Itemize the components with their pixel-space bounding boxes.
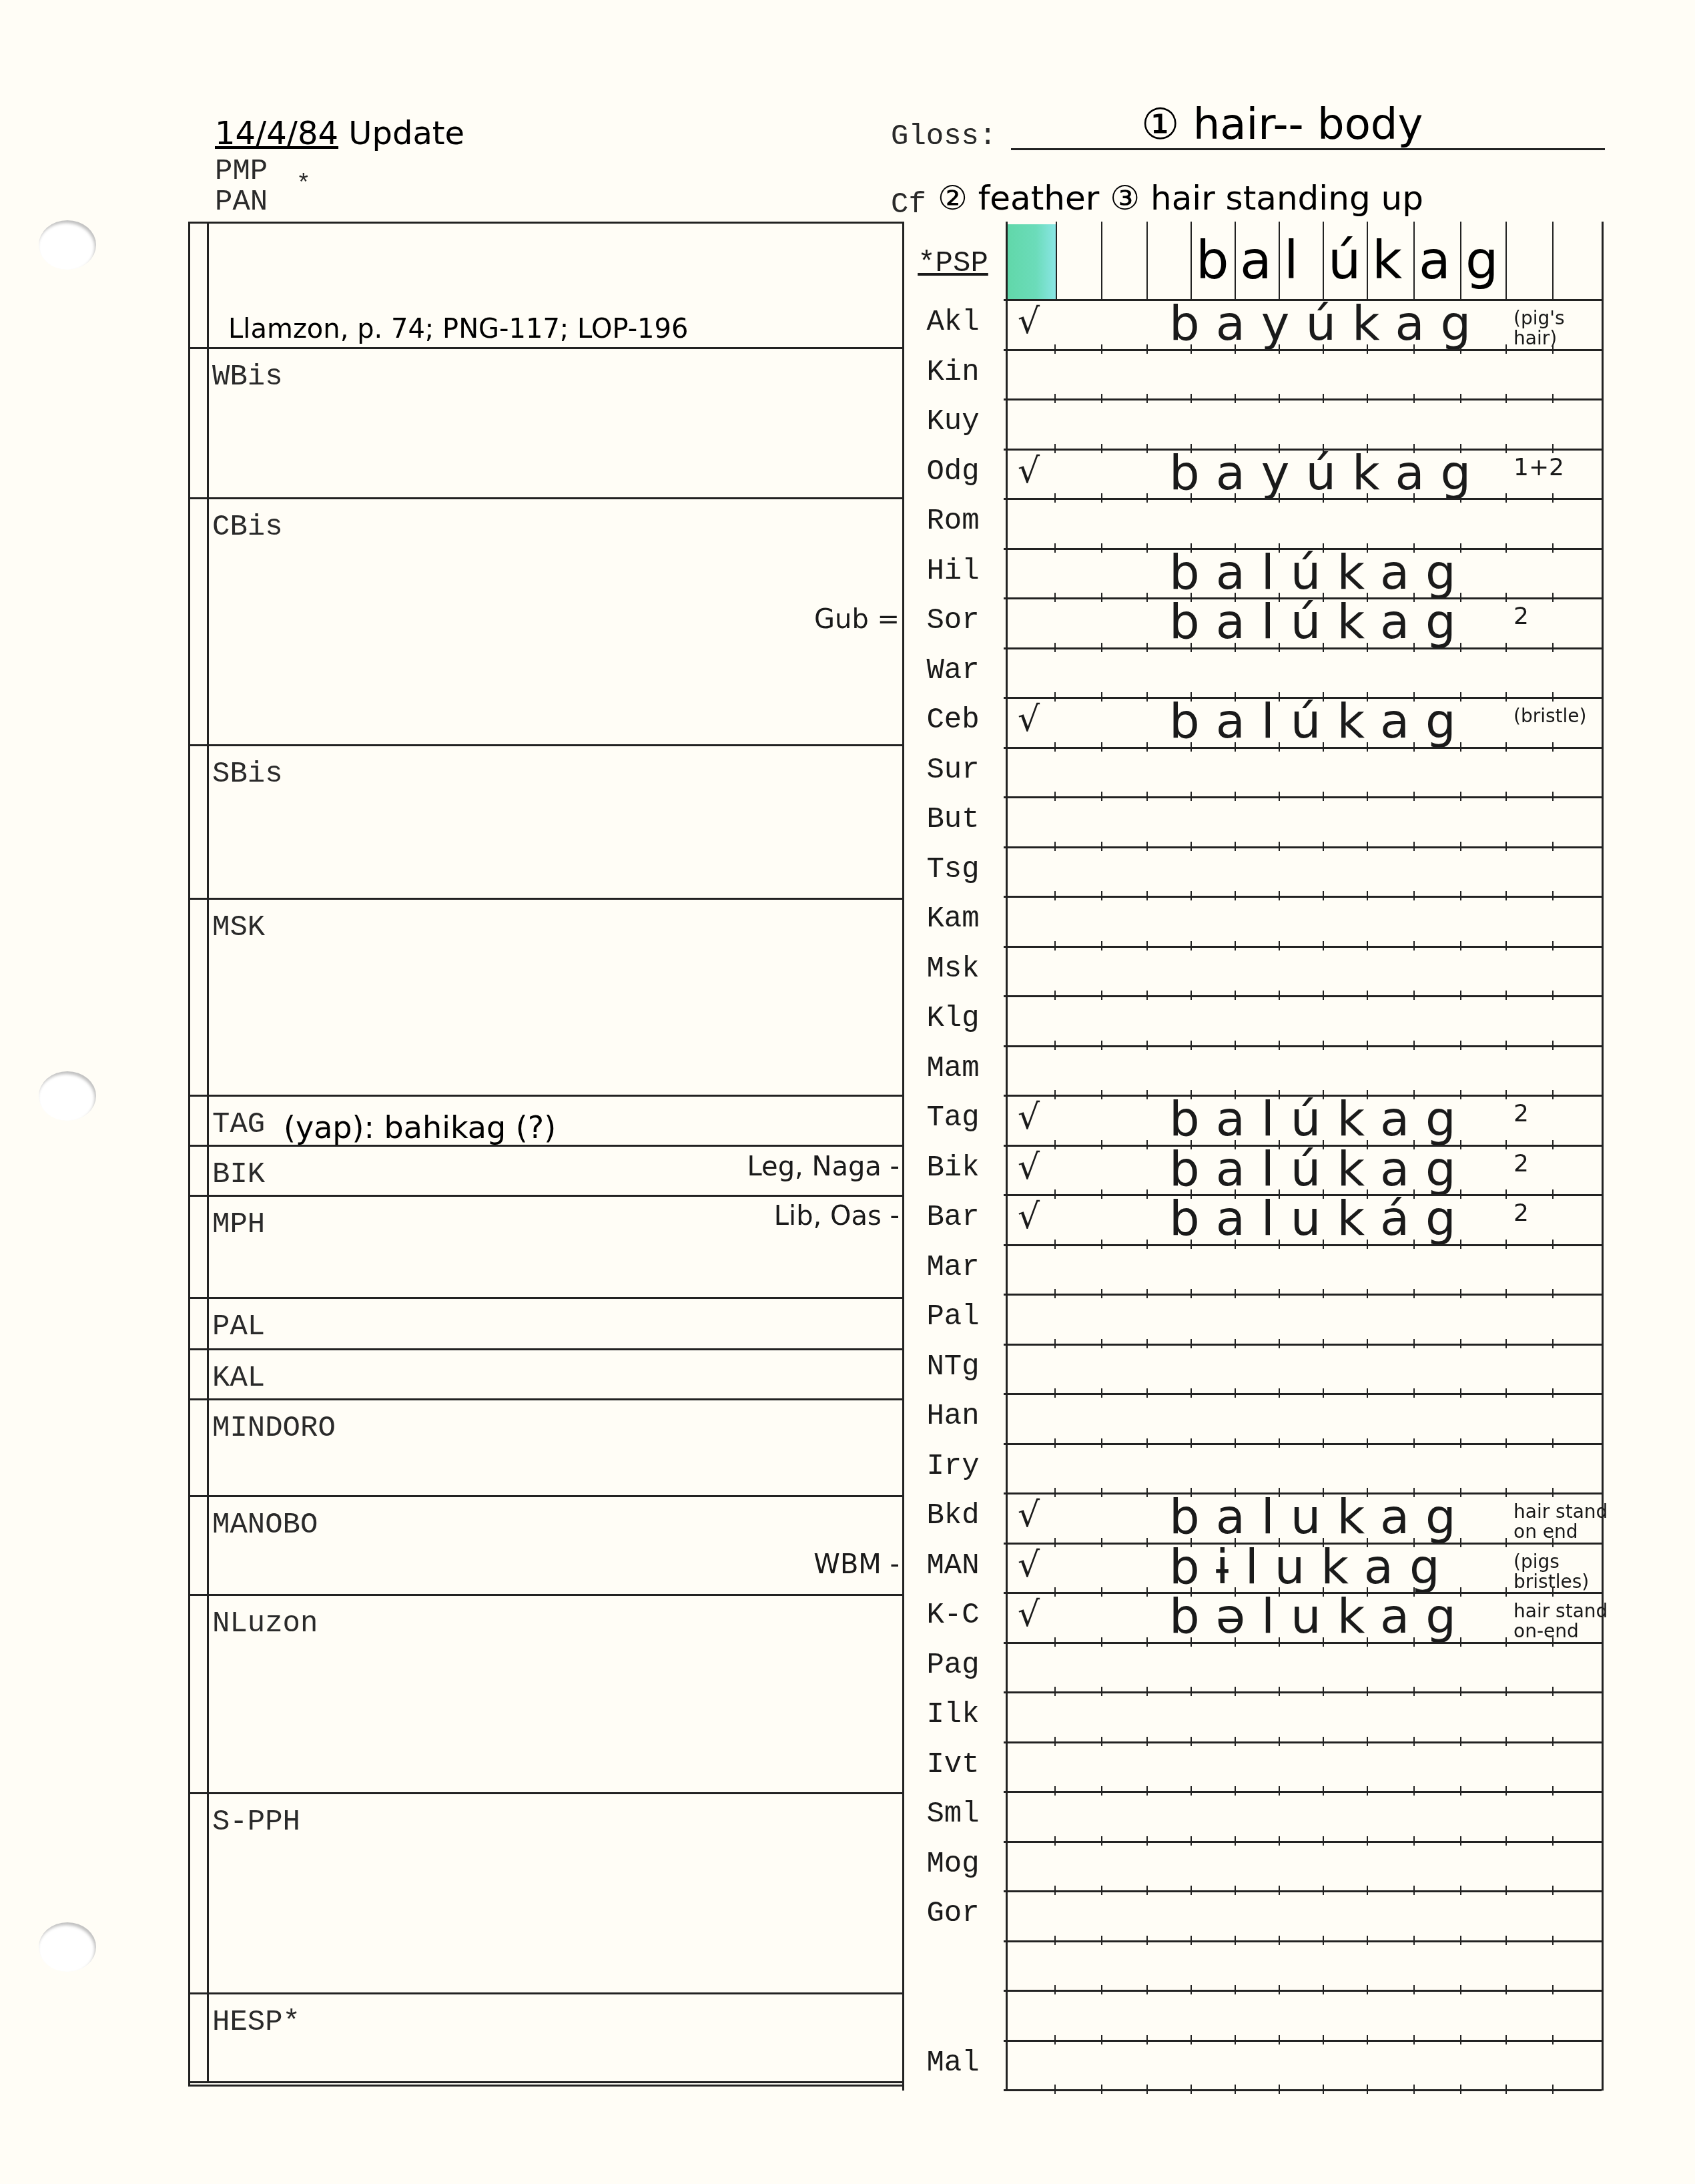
row-tick <box>1413 792 1415 801</box>
row-tick <box>1054 891 1056 900</box>
row-tick <box>1367 394 1368 403</box>
row-tick <box>1323 941 1324 950</box>
row-rule <box>1004 1791 1602 1793</box>
row-tick <box>1505 1189 1507 1199</box>
row-tick <box>1552 1488 1554 1497</box>
row-rule <box>1004 1244 1602 1246</box>
row-tick <box>1460 792 1461 801</box>
group-label: KAL <box>212 1362 265 1395</box>
row-tick <box>1146 1488 1148 1497</box>
row-tick <box>1279 1836 1280 1846</box>
row-tick <box>1323 1786 1324 1796</box>
reflex-form: balúkag <box>1169 693 1472 749</box>
row-rule <box>1004 946 1602 948</box>
row-tick <box>1505 1388 1507 1398</box>
row-tick <box>1552 891 1554 900</box>
row-tick <box>1505 742 1507 752</box>
row-tick <box>1054 1438 1056 1448</box>
row-tick <box>1279 1339 1280 1348</box>
row-tick <box>1505 1637 1507 1647</box>
reflex-form: bəlukag <box>1169 1588 1472 1644</box>
row-tick <box>1367 344 1368 354</box>
row-tick <box>1235 1041 1236 1050</box>
group-rule <box>188 2081 902 2083</box>
row-tick <box>1413 643 1415 652</box>
row-rule <box>1004 796 1602 798</box>
row-tick <box>1367 2035 1368 2044</box>
row-tick <box>1323 1936 1324 1945</box>
row-tick <box>1552 2035 1554 2044</box>
cf-value: ② feather ③ hair standing up <box>938 179 1423 218</box>
row-rule <box>1004 1990 1602 1992</box>
row-tick <box>1235 344 1236 354</box>
row-tick <box>1146 2035 1148 2044</box>
row-tick <box>1323 1388 1324 1398</box>
grid-divider <box>1505 222 1507 299</box>
row-tick <box>1279 1786 1280 1796</box>
row-tick <box>1235 2035 1236 2044</box>
row-tick <box>1279 1687 1280 1696</box>
row-tick <box>1146 1985 1148 1994</box>
row-tick <box>1323 493 1324 503</box>
row-tick <box>1146 1090 1148 1099</box>
row-tick <box>1505 792 1507 801</box>
row-tick <box>1054 1786 1056 1796</box>
row-tick <box>1191 991 1192 1000</box>
reconstruction-marker: * <box>296 171 311 198</box>
reflex-note: (bristle) <box>1513 706 1614 726</box>
row-tick <box>1054 593 1056 602</box>
row-tick <box>1460 891 1461 900</box>
row-tick <box>1235 1240 1236 1249</box>
row-tick <box>1279 792 1280 801</box>
row-tick <box>1367 1886 1368 1895</box>
check-mark: √ <box>1018 1147 1040 1187</box>
group-label: MPH <box>212 1208 265 1242</box>
proto-label: *PSP <box>905 247 1001 280</box>
row-tick <box>1054 1339 1056 1348</box>
language-code: Ceb <box>905 704 1001 737</box>
row-tick <box>1191 2085 1192 2094</box>
row-tick <box>1191 1438 1192 1448</box>
row-rule <box>1004 896 1602 898</box>
row-tick <box>1413 1041 1415 1050</box>
row-tick <box>1101 1985 1102 1994</box>
grid-divider <box>1602 222 1603 299</box>
row-tick <box>1323 2035 1324 2044</box>
row-tick <box>1413 941 1415 950</box>
row-tick <box>1101 1737 1102 1746</box>
row-tick <box>1235 1886 1236 1895</box>
row-tick <box>1505 692 1507 702</box>
row-tick <box>1054 692 1056 702</box>
row-tick <box>1146 593 1148 602</box>
group-rule <box>188 1195 902 1197</box>
highlight-mark <box>1006 224 1056 299</box>
gloss-label: Gloss: <box>891 120 996 154</box>
row-tick <box>1101 543 1102 553</box>
reflex-form: balukag <box>1169 1488 1472 1545</box>
row-tick <box>1101 1687 1102 1696</box>
row-tick <box>1054 1985 1056 1994</box>
row-tick <box>1054 1737 1056 1746</box>
row-tick <box>1505 2085 1507 2094</box>
group-rule <box>188 1297 902 1299</box>
row-tick <box>1146 1886 1148 1895</box>
row-rule <box>1004 1045 1602 1047</box>
language-code: Mog <box>905 1848 1001 1881</box>
row-tick <box>1101 1886 1102 1895</box>
row-tick <box>1413 742 1415 752</box>
row-tick <box>1146 1936 1148 1945</box>
language-code: Sor <box>905 604 1001 637</box>
row-tick <box>1054 1388 1056 1398</box>
proto-letter: a <box>1419 231 1451 291</box>
row-tick <box>1279 1289 1280 1298</box>
row-tick <box>1552 1737 1554 1746</box>
row-tick <box>1367 1041 1368 1050</box>
reflex-form: bayúkag <box>1169 445 1487 501</box>
row-rule <box>1004 1393 1602 1395</box>
update-note: 14/4/84 Update <box>215 115 464 152</box>
language-code: Msk <box>905 952 1001 986</box>
row-tick <box>1235 1339 1236 1348</box>
reflex-note: hair stand on end <box>1513 1502 1614 1542</box>
row-tick <box>1191 1886 1192 1895</box>
reflex-note: hair stand on-end <box>1513 1601 1614 1641</box>
row-tick <box>1413 394 1415 403</box>
row-rule <box>1004 1890 1602 1892</box>
row-tick <box>1552 1189 1554 1199</box>
row-tick <box>1460 1637 1461 1647</box>
proto-letter: b <box>1196 231 1229 291</box>
grid-divider <box>1552 222 1554 299</box>
row-tick <box>1054 991 1056 1000</box>
reflex-form: bɨlukag <box>1169 1539 1456 1595</box>
reflex-note: 1+2 <box>1513 458 1614 478</box>
language-code: War <box>905 654 1001 688</box>
row-tick <box>1054 1538 1056 1547</box>
grid-divider <box>1191 222 1192 299</box>
row-rule <box>1004 349 1602 351</box>
row-tick <box>1279 991 1280 1000</box>
row-tick <box>1323 842 1324 851</box>
row-tick <box>1413 1836 1415 1846</box>
row-tick <box>1279 891 1280 900</box>
row-tick <box>1413 1687 1415 1696</box>
row-tick <box>1279 1637 1280 1647</box>
gloss-value: ① hair-- body <box>1141 100 1423 150</box>
row-tick <box>1279 394 1280 403</box>
row-tick <box>1146 941 1148 950</box>
row-tick <box>1552 593 1554 602</box>
row-tick <box>1101 1140 1102 1149</box>
row-tick <box>1279 1388 1280 1398</box>
language-code: Kuy <box>905 405 1001 439</box>
grid-divider <box>1056 222 1057 299</box>
row-tick <box>1460 941 1461 950</box>
row-tick <box>1101 2085 1102 2094</box>
row-rule <box>1004 398 1602 400</box>
row-tick <box>1323 1289 1324 1298</box>
row-tick <box>1505 1140 1507 1149</box>
grid-divider <box>1413 222 1415 299</box>
row-tick <box>1235 941 1236 950</box>
language-code: Ilk <box>905 1698 1001 1731</box>
group-label: MSK <box>212 911 265 944</box>
row-tick <box>1367 842 1368 851</box>
proto-letter: a <box>1240 231 1272 291</box>
grid-divider <box>1460 222 1461 299</box>
row-tick <box>1323 394 1324 403</box>
language-code: Bik <box>905 1151 1001 1185</box>
row-tick <box>1146 1538 1148 1547</box>
tag-note-text: (yap): bahikag (?) <box>284 1109 556 1145</box>
row-tick <box>1505 1289 1507 1298</box>
row-tick <box>1054 2035 1056 2044</box>
check-mark: √ <box>1018 700 1040 740</box>
row-tick <box>1323 2085 1324 2094</box>
reference-note: Llamzon, p. 74; PNG-117; LOP-196 <box>228 314 688 344</box>
row-tick <box>1323 1687 1324 1696</box>
row-tick <box>1101 891 1102 900</box>
row-tick <box>1505 1090 1507 1099</box>
row-rule <box>1004 1344 1602 1346</box>
dialect-note: Leg, Naga - <box>747 1151 900 1182</box>
language-code: K-C <box>905 1599 1001 1632</box>
row-tick <box>1191 1041 1192 1050</box>
row-tick <box>1552 842 1554 851</box>
row-rule <box>1004 846 1602 848</box>
row-tick <box>1279 842 1280 851</box>
pan-label: PAN <box>215 186 268 219</box>
row-tick <box>1101 941 1102 950</box>
row-tick <box>1505 842 1507 851</box>
row-tick <box>1101 842 1102 851</box>
row-tick <box>1191 493 1192 503</box>
row-tick <box>1367 1339 1368 1348</box>
language-code: Mal <box>905 2046 1001 2080</box>
row-tick <box>1279 1737 1280 1746</box>
row-tick <box>1054 1488 1056 1497</box>
group-label: WBis <box>212 360 283 394</box>
row-tick <box>1235 1687 1236 1696</box>
row-tick <box>1505 394 1507 403</box>
row-tick <box>1552 394 1554 403</box>
row-tick <box>1505 1737 1507 1746</box>
row-tick <box>1279 742 1280 752</box>
group-label: TAG <box>212 1108 265 1141</box>
row-tick <box>1235 1438 1236 1448</box>
grid-divider <box>1101 222 1102 299</box>
row-tick <box>1279 1240 1280 1249</box>
row-tick <box>1505 1240 1507 1249</box>
row-tick <box>1413 1886 1415 1895</box>
row-tick <box>1552 1936 1554 1945</box>
row-tick <box>1146 792 1148 801</box>
group-rule <box>188 1145 902 1147</box>
reflex-note: 2 <box>1513 1203 1614 1223</box>
grid-divider <box>1367 222 1368 299</box>
row-tick <box>1191 742 1192 752</box>
row-tick <box>1279 1438 1280 1448</box>
row-tick <box>1191 1339 1192 1348</box>
row-tick <box>1101 1836 1102 1846</box>
row-tick <box>1191 1388 1192 1398</box>
row-tick <box>1191 1737 1192 1746</box>
row-tick <box>1505 1936 1507 1945</box>
row-tick <box>1367 1936 1368 1945</box>
row-tick <box>1146 1786 1148 1796</box>
row-rule <box>1004 995 1602 997</box>
row-tick <box>1101 1488 1102 1497</box>
language-code: Odg <box>905 455 1001 489</box>
reflex-form: balúkag <box>1169 544 1472 600</box>
reflex-form: balukág <box>1169 1190 1472 1246</box>
row-tick <box>1235 394 1236 403</box>
check-mark: √ <box>1018 1545 1040 1585</box>
tag-note: (yap): bahikag (?) <box>284 1109 556 1145</box>
row-rule <box>1004 1294 1602 1296</box>
row-tick <box>1552 1339 1554 1348</box>
row-tick <box>1054 1289 1056 1298</box>
row-tick <box>1191 1836 1192 1846</box>
reflex-note: (pig's hair) <box>1513 308 1614 348</box>
row-tick <box>1191 1240 1192 1249</box>
row-tick <box>1460 493 1461 503</box>
row-tick <box>1101 493 1102 503</box>
language-code: Sur <box>905 754 1001 787</box>
row-tick <box>1101 444 1102 453</box>
row-tick <box>1552 1836 1554 1846</box>
row-tick <box>1101 394 1102 403</box>
row-tick <box>1146 1637 1148 1647</box>
language-code: Rom <box>905 505 1001 538</box>
row-tick <box>1460 2085 1461 2094</box>
row-tick <box>1413 1637 1415 1647</box>
row-tick <box>1279 1041 1280 1050</box>
row-tick <box>1235 1388 1236 1398</box>
row-tick <box>1460 1737 1461 1746</box>
grid-divider <box>1006 222 1008 299</box>
group-label: MINDORO <box>212 1412 336 1445</box>
row-tick <box>1413 991 1415 1000</box>
row-tick <box>1552 792 1554 801</box>
row-tick <box>1367 891 1368 900</box>
row-tick <box>1505 1041 1507 1050</box>
group-label: CBis <box>212 511 283 544</box>
row-tick <box>1413 1737 1415 1746</box>
row-tick <box>1367 941 1368 950</box>
row-tick <box>1101 1786 1102 1796</box>
row-tick <box>1552 692 1554 702</box>
row-tick <box>1054 543 1056 553</box>
row-tick <box>1279 643 1280 652</box>
row-tick <box>1460 991 1461 1000</box>
pmp-label: PMP <box>215 155 268 188</box>
row-tick <box>1460 1936 1461 1945</box>
language-code: Tag <box>905 1101 1001 1135</box>
row-tick <box>1235 991 1236 1000</box>
row-tick <box>1367 493 1368 503</box>
row-tick <box>1323 1438 1324 1448</box>
row-tick <box>1552 643 1554 652</box>
row-tick <box>1460 1240 1461 1249</box>
group-rule <box>188 497 902 499</box>
row-tick <box>1191 344 1192 354</box>
row-tick <box>1505 2035 1507 2044</box>
row-tick <box>1101 1289 1102 1298</box>
row-tick <box>1279 2035 1280 2044</box>
language-code: Kin <box>905 356 1001 389</box>
grid-divider <box>1323 222 1324 299</box>
row-tick <box>1505 1339 1507 1348</box>
row-rule <box>1004 1642 1602 1644</box>
group-label: BIK <box>212 1158 265 1191</box>
row-tick <box>1101 593 1102 602</box>
row-tick <box>1505 344 1507 354</box>
row-tick <box>1552 2085 1554 2094</box>
row-tick <box>1279 1936 1280 1945</box>
row-tick <box>1413 1240 1415 1249</box>
group-rule <box>188 1792 902 1794</box>
row-tick <box>1505 1488 1507 1497</box>
row-tick <box>1054 1240 1056 1249</box>
row-tick <box>1460 1438 1461 1448</box>
group-rule <box>188 1398 902 1400</box>
row-tick <box>1552 742 1554 752</box>
row-tick <box>1552 1637 1554 1647</box>
row-rule <box>1004 1443 1602 1445</box>
language-code: Klg <box>905 1002 1001 1035</box>
row-tick <box>1323 891 1324 900</box>
language-code: Akl <box>905 306 1001 339</box>
row-tick <box>1552 1041 1554 1050</box>
row-tick <box>1323 1836 1324 1846</box>
row-tick <box>1413 2035 1415 2044</box>
row-tick <box>1146 1140 1148 1149</box>
row-tick <box>1146 543 1148 553</box>
language-code: NTg <box>905 1350 1001 1384</box>
row-tick <box>1146 891 1148 900</box>
row-tick <box>1460 1985 1461 1994</box>
row-tick <box>1367 1240 1368 1249</box>
row-tick <box>1054 1090 1056 1099</box>
row-tick <box>1505 593 1507 602</box>
row-tick <box>1505 543 1507 553</box>
row-tick <box>1460 1388 1461 1398</box>
reflex-form: bayúkag <box>1169 295 1487 351</box>
row-tick <box>1505 991 1507 1000</box>
dialect-note: WBM - <box>813 1549 900 1580</box>
row-tick <box>1552 991 1554 1000</box>
group-label: MANOBO <box>212 1509 318 1542</box>
row-tick <box>1505 1438 1507 1448</box>
row-tick <box>1279 344 1280 354</box>
row-tick <box>1054 643 1056 652</box>
proto-letter: l <box>1284 231 1299 291</box>
language-code: Bkd <box>905 1499 1001 1533</box>
row-tick <box>1191 792 1192 801</box>
row-tick <box>1101 1041 1102 1050</box>
reflex-note: 2 <box>1513 1104 1614 1124</box>
row-tick <box>1505 941 1507 950</box>
row-tick <box>1146 643 1148 652</box>
reflex-form: balúkag <box>1169 1141 1472 1197</box>
row-tick <box>1552 1140 1554 1149</box>
row-tick <box>1505 1886 1507 1895</box>
row-tick <box>1054 1189 1056 1199</box>
